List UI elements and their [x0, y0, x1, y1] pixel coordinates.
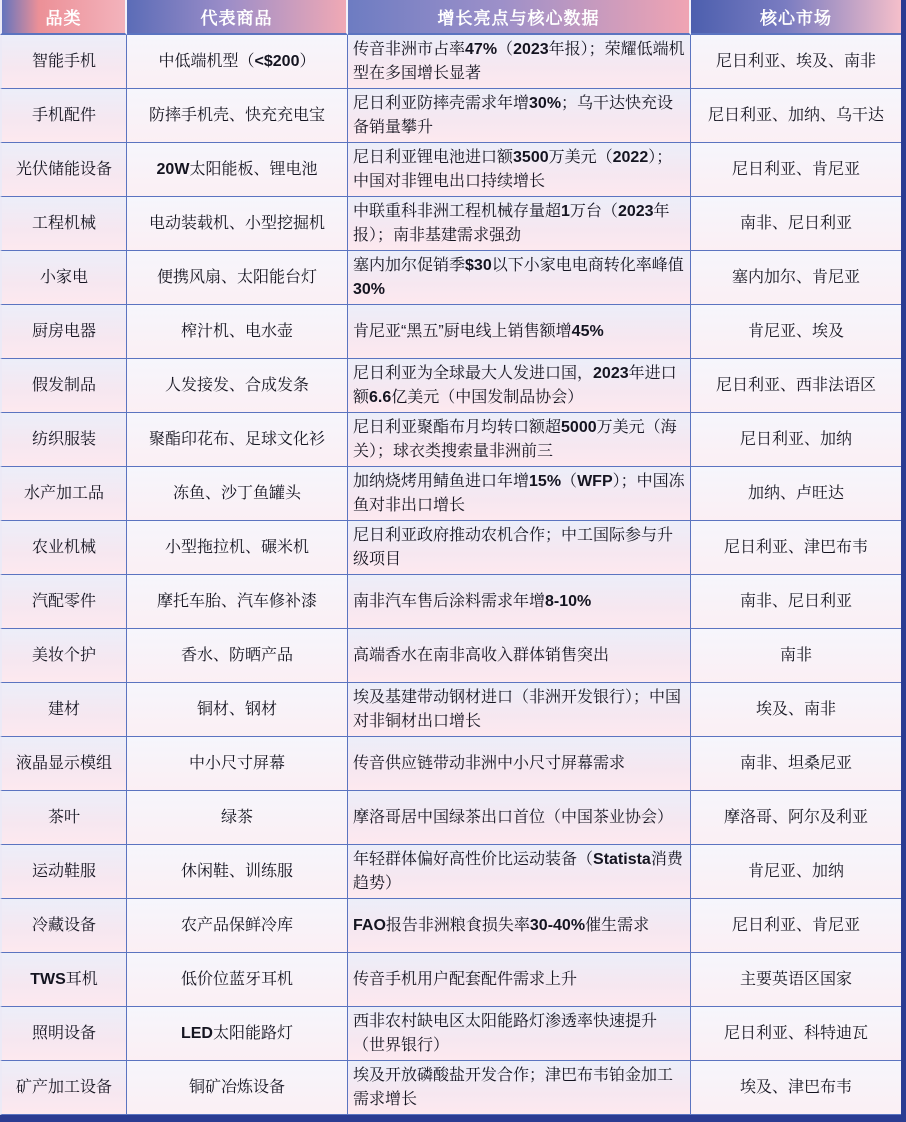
cell-markets: 摩洛哥、阿尔及利亚 [691, 791, 901, 845]
cell-products: LED太阳能路灯 [127, 1007, 348, 1061]
cell-category: 小家电 [0, 251, 127, 305]
table-row: 光伏储能设备20W太阳能板、锂电池尼日利亚锂电池进口额3500万美元（2022）… [0, 143, 901, 197]
cell-markets: 尼日利亚、加纳 [691, 413, 901, 467]
cell-products: 聚酯印花布、足球文化衫 [127, 413, 348, 467]
cell-markets: 尼日利亚、西非法语区 [691, 359, 901, 413]
cell-category: 美妆个护 [0, 629, 127, 683]
table-row: 茶叶绿茶摩洛哥居中国绿茶出口首位（中国茶业协会）摩洛哥、阿尔及利亚 [0, 791, 901, 845]
table-row: 水产加工品冻鱼、沙丁鱼罐头加纳烧烤用鲭鱼进口年增15%（WFP）；中国冻鱼对非出… [0, 467, 901, 521]
cell-category: 手机配件 [0, 89, 127, 143]
africa-market-table-container: 品类代表商品增长亮点与核心数据核心市场 智能手机中低端机型（<$200）传音非洲… [0, 0, 906, 1122]
cell-markets: 南非 [691, 629, 901, 683]
cell-markets: 埃及、津巴布韦 [691, 1061, 901, 1115]
cell-products: 20W太阳能板、锂电池 [127, 143, 348, 197]
cell-products: 铜矿冶炼设备 [127, 1061, 348, 1115]
table-row: 建材铜材、钢材埃及基建带动钢材进口（非洲开发银行）；中国对非铜材出口增长埃及、南… [0, 683, 901, 737]
cell-products: 中小尺寸屏幕 [127, 737, 348, 791]
cell-highlight: 传音手机用户配套配件需求上升 [348, 953, 691, 1007]
cell-products: 摩托车胎、汽车修补漆 [127, 575, 348, 629]
cell-markets: 主要英语区国家 [691, 953, 901, 1007]
cell-category: 茶叶 [0, 791, 127, 845]
cell-products: 人发接发、合成发条 [127, 359, 348, 413]
cell-markets: 南非、坦桑尼亚 [691, 737, 901, 791]
table-body: 智能手机中低端机型（<$200）传音非洲市占率47%（2023年报）；荣耀低端机… [0, 35, 901, 1115]
cell-products: 冻鱼、沙丁鱼罐头 [127, 467, 348, 521]
table-row: 手机配件防摔手机壳、快充充电宝尼日利亚防摔壳需求年增30%；乌干达快充设备销量攀… [0, 89, 901, 143]
table-row: 汽配零件摩托车胎、汽车修补漆南非汽车售后涂料需求年增8-10%南非、尼日利亚 [0, 575, 901, 629]
cell-category: 水产加工品 [0, 467, 127, 521]
table-row: 假发制品人发接发、合成发条尼日利亚为全球最大人发进口国，2023年进口额6.6亿… [0, 359, 901, 413]
cell-category: 纺织服装 [0, 413, 127, 467]
cell-category: 智能手机 [0, 35, 127, 89]
cell-markets: 尼日利亚、科特迪瓦 [691, 1007, 901, 1061]
cell-category: TWS耳机 [0, 953, 127, 1007]
table-row: 矿产加工设备铜矿冶炼设备埃及开放磷酸盐开发合作；津巴布韦铂金加工需求增长埃及、津… [0, 1061, 901, 1115]
cell-category: 假发制品 [0, 359, 127, 413]
table-row: 美妆个护香水、防晒产品高端香水在南非高收入群体销售突出南非 [0, 629, 901, 683]
column-header-category: 品类 [0, 0, 127, 35]
cell-highlight: 摩洛哥居中国绿茶出口首位（中国茶业协会） [348, 791, 691, 845]
cell-highlight: 传音供应链带动非洲中小尺寸屏幕需求 [348, 737, 691, 791]
cell-highlight: 尼日利亚防摔壳需求年增30%；乌干达快充设备销量攀升 [348, 89, 691, 143]
africa-market-table: 品类代表商品增长亮点与核心数据核心市场 智能手机中低端机型（<$200）传音非洲… [0, 0, 901, 1115]
cell-category: 农业机械 [0, 521, 127, 575]
cell-highlight: 加纳烧烤用鲭鱼进口年增15%（WFP）；中国冻鱼对非出口增长 [348, 467, 691, 521]
cell-category: 矿产加工设备 [0, 1061, 127, 1115]
cell-highlight: 尼日利亚锂电池进口额3500万美元（2022）；中国对非锂电出口持续增长 [348, 143, 691, 197]
table-row: 小家电便携风扇、太阳能台灯塞内加尔促销季$30以下小家电电商转化率峰值30%塞内… [0, 251, 901, 305]
cell-markets: 肯尼亚、加纳 [691, 845, 901, 899]
table-row: 厨房电器榨汁机、电水壶肯尼亚“黑五”厨电线上销售额增45%肯尼亚、埃及 [0, 305, 901, 359]
cell-products: 农产品保鲜冷库 [127, 899, 348, 953]
cell-category: 光伏储能设备 [0, 143, 127, 197]
cell-category: 液晶显示模组 [0, 737, 127, 791]
table-row: 智能手机中低端机型（<$200）传音非洲市占率47%（2023年报）；荣耀低端机… [0, 35, 901, 89]
cell-highlight: 肯尼亚“黑五”厨电线上销售额增45% [348, 305, 691, 359]
table-row: 农业机械小型拖拉机、碾米机尼日利亚政府推动农机合作；中工国际参与升级项目尼日利亚… [0, 521, 901, 575]
cell-products: 低价位蓝牙耳机 [127, 953, 348, 1007]
cell-markets: 尼日利亚、肯尼亚 [691, 143, 901, 197]
column-header-highlight: 增长亮点与核心数据 [348, 0, 691, 35]
column-header-products: 代表商品 [127, 0, 348, 35]
table-row: TWS耳机低价位蓝牙耳机传音手机用户配套配件需求上升主要英语区国家 [0, 953, 901, 1007]
cell-products: 香水、防晒产品 [127, 629, 348, 683]
cell-markets: 肯尼亚、埃及 [691, 305, 901, 359]
cell-highlight: FAO报告非洲粮食损失率30-40%催生需求 [348, 899, 691, 953]
cell-category: 冷藏设备 [0, 899, 127, 953]
column-header-markets: 核心市场 [691, 0, 901, 35]
cell-products: 榨汁机、电水壶 [127, 305, 348, 359]
cell-markets: 埃及、南非 [691, 683, 901, 737]
table-header: 品类代表商品增长亮点与核心数据核心市场 [0, 0, 901, 35]
cell-products: 便携风扇、太阳能台灯 [127, 251, 348, 305]
cell-products: 休闲鞋、训练服 [127, 845, 348, 899]
table-row: 液晶显示模组中小尺寸屏幕传音供应链带动非洲中小尺寸屏幕需求南非、坦桑尼亚 [0, 737, 901, 791]
cell-products: 绿茶 [127, 791, 348, 845]
cell-highlight: 塞内加尔促销季$30以下小家电电商转化率峰值30% [348, 251, 691, 305]
cell-highlight: 南非汽车售后涂料需求年增8-10% [348, 575, 691, 629]
table-row: 纺织服装聚酯印花布、足球文化衫尼日利亚聚酯布月均转口额超5000万美元（海关）；… [0, 413, 901, 467]
cell-products: 电动装载机、小型挖掘机 [127, 197, 348, 251]
cell-markets: 加纳、卢旺达 [691, 467, 901, 521]
table-row: 冷藏设备农产品保鲜冷库FAO报告非洲粮食损失率30-40%催生需求尼日利亚、肯尼… [0, 899, 901, 953]
cell-category: 工程机械 [0, 197, 127, 251]
cell-category: 照明设备 [0, 1007, 127, 1061]
cell-highlight: 高端香水在南非高收入群体销售突出 [348, 629, 691, 683]
cell-markets: 塞内加尔、肯尼亚 [691, 251, 901, 305]
cell-category: 运动鞋服 [0, 845, 127, 899]
cell-markets: 尼日利亚、肯尼亚 [691, 899, 901, 953]
cell-highlight: 尼日利亚聚酯布月均转口额超5000万美元（海关）；球衣类搜索量非洲前三 [348, 413, 691, 467]
cell-markets: 南非、尼日利亚 [691, 575, 901, 629]
cell-category: 建材 [0, 683, 127, 737]
cell-highlight: 尼日利亚政府推动农机合作；中工国际参与升级项目 [348, 521, 691, 575]
header-row: 品类代表商品增长亮点与核心数据核心市场 [0, 0, 901, 35]
table-row: 运动鞋服休闲鞋、训练服年轻群体偏好高性价比运动装备（Statista消费趋势）肯… [0, 845, 901, 899]
cell-category: 厨房电器 [0, 305, 127, 359]
cell-category: 汽配零件 [0, 575, 127, 629]
cell-products: 防摔手机壳、快充充电宝 [127, 89, 348, 143]
cell-highlight: 中联重科非洲工程机械存量超1万台（2023年报）；南非基建需求强劲 [348, 197, 691, 251]
cell-highlight: 埃及开放磷酸盐开发合作；津巴布韦铂金加工需求增长 [348, 1061, 691, 1115]
cell-products: 小型拖拉机、碾米机 [127, 521, 348, 575]
cell-products: 铜材、钢材 [127, 683, 348, 737]
table-row: 照明设备LED太阳能路灯西非农村缺电区太阳能路灯渗透率快速提升（世界银行）尼日利… [0, 1007, 901, 1061]
cell-highlight: 埃及基建带动钢材进口（非洲开发银行）；中国对非铜材出口增长 [348, 683, 691, 737]
cell-highlight: 传音非洲市占率47%（2023年报）；荣耀低端机型在多国增长显著 [348, 35, 691, 89]
cell-highlight: 年轻群体偏好高性价比运动装备（Statista消费趋势） [348, 845, 691, 899]
cell-markets: 尼日利亚、津巴布韦 [691, 521, 901, 575]
cell-highlight: 尼日利亚为全球最大人发进口国，2023年进口额6.6亿美元（中国发制品协会） [348, 359, 691, 413]
cell-products: 中低端机型（<$200） [127, 35, 348, 89]
cell-highlight: 西非农村缺电区太阳能路灯渗透率快速提升（世界银行） [348, 1007, 691, 1061]
table-row: 工程机械电动装载机、小型挖掘机中联重科非洲工程机械存量超1万台（2023年报）；… [0, 197, 901, 251]
cell-markets: 尼日利亚、加纳、乌干达 [691, 89, 901, 143]
cell-markets: 南非、尼日利亚 [691, 197, 901, 251]
cell-markets: 尼日利亚、埃及、南非 [691, 35, 901, 89]
